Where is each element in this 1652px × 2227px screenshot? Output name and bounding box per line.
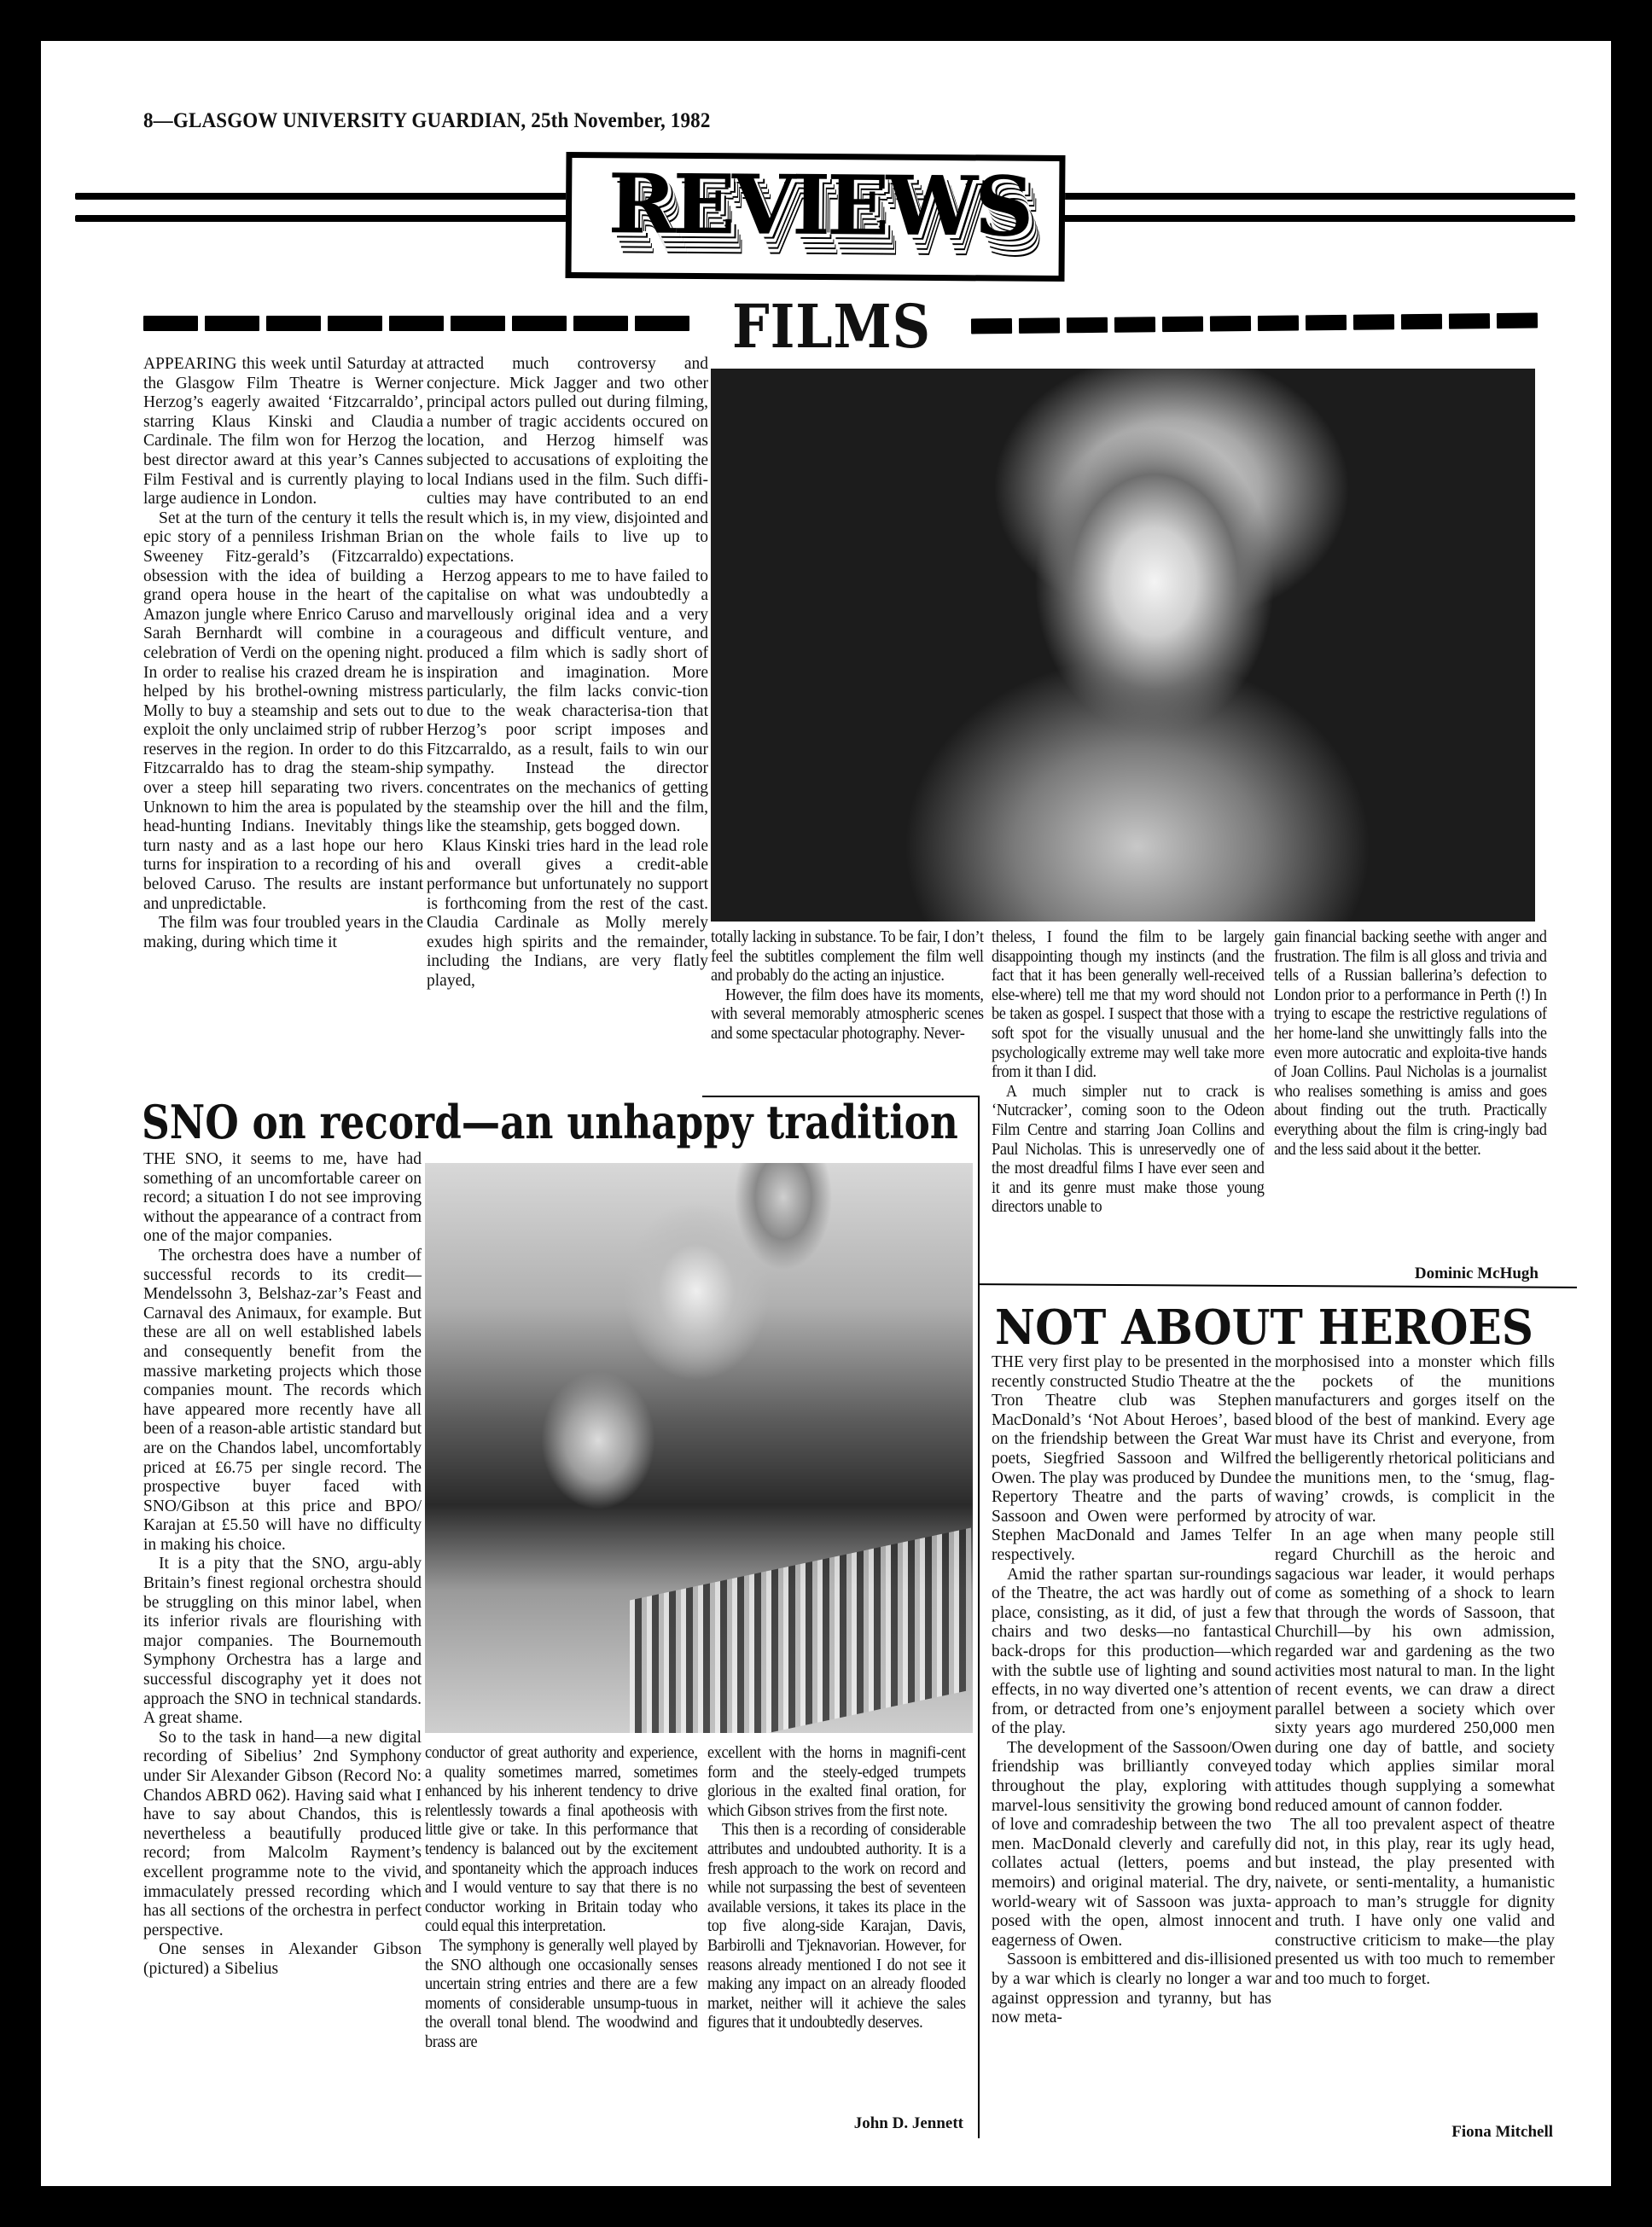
films-dash-row-left bbox=[143, 316, 689, 331]
paragraph: gain financial backing seethe with anger… bbox=[1274, 928, 1547, 1160]
films-byline: Dominic McHugh bbox=[1274, 1265, 1539, 1283]
paragraph: Amid the rather spartan sur-roundings of… bbox=[992, 1566, 1271, 1739]
reviews-logo-box: REVIEWS bbox=[565, 152, 1065, 282]
films-column-2: attracted much controversy and conjectur… bbox=[427, 355, 708, 991]
films-column-5: gain financial backing seethe with anger… bbox=[1274, 928, 1547, 1160]
paragraph: excellent with the horns in magnifi-cent… bbox=[707, 1744, 966, 1821]
paragraph: theless, I found the film to be largely … bbox=[992, 928, 1265, 1083]
paragraph: The film was four troubled years in the … bbox=[143, 914, 423, 952]
paragraph: Sassoon is embittered and dis-illisioned… bbox=[992, 1951, 1271, 2027]
sno-column-2: conductor of great authority and experie… bbox=[425, 1744, 698, 2053]
paragraph: THE very first play to be presented in t… bbox=[992, 1353, 1271, 1566]
paragraph: Klaus Kinski tries hard in the lead role… bbox=[427, 837, 708, 991]
heroes-headline: NOT ABOUT HEROES bbox=[995, 1304, 1533, 1352]
paragraph: APPEARING this week until Saturday at th… bbox=[143, 355, 423, 509]
films-dash-row-right bbox=[971, 313, 1538, 334]
sno-column-1: THE SNO, it seems to me, have had someth… bbox=[143, 1150, 422, 1980]
paragraph: However, the film does have its moments,… bbox=[711, 986, 984, 1044]
paragraph: This then is a recording of considerable… bbox=[707, 1821, 966, 2033]
heroes-column-1: THE very first play to be presented in t… bbox=[992, 1353, 1271, 2028]
paragraph: It is a pity that the SNO, argu-ably Bri… bbox=[143, 1555, 422, 1728]
page-masthead: 8—GLASGOW UNIVERSITY GUARDIAN, 25th Nove… bbox=[143, 109, 711, 133]
paragraph: In an age when many people still regard … bbox=[1275, 1526, 1555, 1816]
paragraph: conductor of great authority and experie… bbox=[425, 1744, 698, 1937]
paragraph: The all too prevalent aspect of theatre … bbox=[1275, 1816, 1555, 1989]
films-column-1: APPEARING this week until Saturday at th… bbox=[143, 355, 423, 952]
paragraph: Herzog appears to me to have failed to c… bbox=[427, 567, 708, 837]
paragraph: totally lacking in substance. To be fair… bbox=[711, 928, 984, 986]
banner-rule-left-top bbox=[75, 193, 570, 200]
paragraph: attracted much controversy and conjectur… bbox=[427, 355, 708, 567]
mixing-desk bbox=[630, 1527, 971, 1733]
sno-byline: John D. Jennett bbox=[707, 2114, 963, 2133]
paragraph: The development of the Sassoon/Owen frie… bbox=[992, 1739, 1271, 1951]
paragraph: One senses in Alexander Gibson (pictured… bbox=[143, 1940, 422, 1979]
banner-rule-right-top bbox=[1063, 193, 1575, 200]
paragraph: The orchestra does have a number of succ… bbox=[143, 1247, 422, 1555]
recording-studio-photo: recording-studio-photo bbox=[425, 1163, 973, 1733]
reviews-logo-text: REVIEWS bbox=[580, 163, 1059, 248]
heroes-byline: Fiona Mitchell bbox=[1275, 2123, 1553, 2142]
paragraph: morphosised into a monster which fills t… bbox=[1275, 1353, 1555, 1526]
film-still-photo: film-still-photo bbox=[711, 369, 1535, 922]
sno-column-3: excellent with the horns in magnifi-cent… bbox=[707, 1744, 966, 2033]
paragraph: So to the task in hand—a new digital rec… bbox=[143, 1729, 422, 1941]
sno-article-border-right bbox=[978, 1096, 980, 2138]
films-column-3: totally lacking in substance. To be fair… bbox=[711, 928, 984, 1044]
heroes-article-border-top bbox=[980, 1283, 1577, 1288]
heroes-column-2: morphosised into a monster which fills t… bbox=[1275, 1353, 1555, 1990]
sno-headline: SNO on record—an unhappy tradition bbox=[142, 1099, 958, 1145]
banner-rule-left-bottom bbox=[75, 215, 570, 222]
films-section-title: FILMS bbox=[732, 297, 931, 357]
paragraph: The symphony is generally well played by… bbox=[425, 1937, 698, 2053]
films-column-4: theless, I found the film to be largely … bbox=[992, 928, 1265, 1218]
paragraph: Set at the turn of the century it tells … bbox=[143, 509, 423, 914]
newspaper-page: 8—GLASGOW UNIVERSITY GUARDIAN, 25th Nove… bbox=[41, 41, 1611, 2186]
paragraph: A much simpler nut to crack is ‘Nutcrack… bbox=[992, 1083, 1265, 1218]
banner-rule-right-bottom bbox=[1063, 215, 1575, 222]
paragraph: THE SNO, it seems to me, have had someth… bbox=[143, 1150, 422, 1247]
